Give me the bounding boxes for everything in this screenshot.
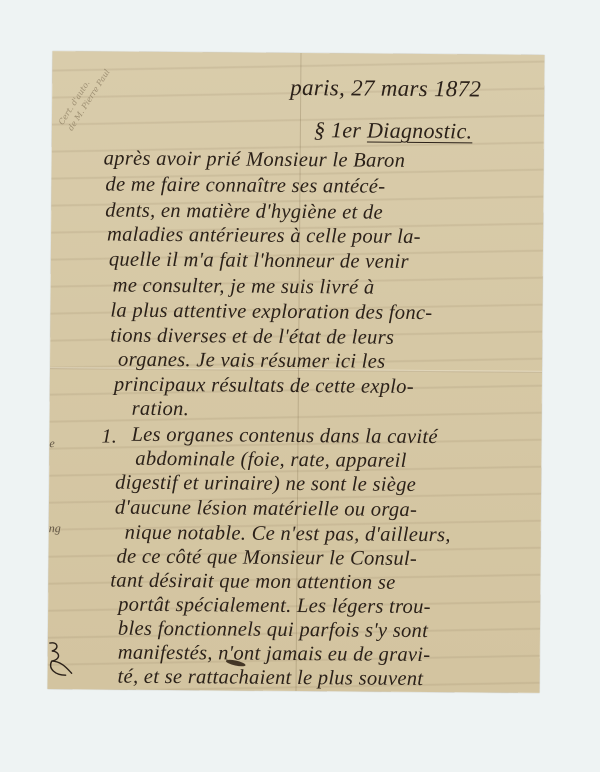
section-heading: § 1er Diagnostic.: [314, 117, 473, 144]
flourish-icon: [48, 639, 76, 679]
letter-body: après avoir prié Monsieur le Baron de me…: [80, 145, 534, 149]
letter-page: Cert. d'auto. de M. Pierre Paul paris, 2…: [48, 51, 545, 693]
edge-fragment: e: [49, 436, 54, 451]
text-line: après avoir prié Monsieur le Baron: [104, 145, 406, 174]
edge-fragment: ng: [49, 521, 61, 536]
date-line: paris, 27 mars 1872: [290, 75, 481, 102]
list-number: 1.: [101, 425, 117, 448]
text-line: ration.: [132, 396, 190, 423]
pencil-margin-note: Cert. d'auto. de M. Pierre Paul: [56, 54, 117, 133]
text-line: de me faire connaître ses antécé-: [105, 171, 385, 200]
section-prefix: § 1er: [314, 117, 362, 142]
text-line: quelle il m'a fait l'honneur de venir: [109, 247, 409, 276]
section-title: Diagnostic.: [367, 118, 473, 144]
